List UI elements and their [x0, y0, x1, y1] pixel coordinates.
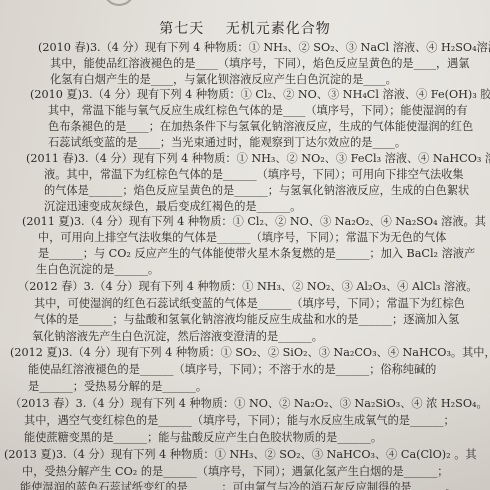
q5-line-3: 气体的是______；与盐酸和氢氧化钠溶液均能反应生成盐和水的是______；逐…	[34, 313, 459, 327]
q8-line-3: 能使湿润的蓝色石蕊试纸变红的是______；可由氯气与冷的消石灰反应制得的是__…	[20, 481, 456, 490]
title-topic: 无机元素化合物	[226, 21, 331, 37]
q4-line-1: (2011 夏)3.（4 分）现有下列 4 种物质：① Cl₂、② NO、③ N…	[22, 215, 486, 229]
q4-line-3: 是______；与 CO₂ 反应产生的气体能使带火星木条复燃的是______；加…	[38, 247, 475, 261]
q7-line-3: 能使蔗糖变黑的是______；能与盐酸反应产生白色胶状物质的是______。	[24, 431, 382, 445]
q6-line-1: (2012 夏)3.（4 分）现有下列 4 种物质：① SO₂、② SiO₂、③…	[10, 346, 490, 360]
q2-line-3: 色布条褪色的是____；在加热条件下与氢氧化钠溶液反应，生成的气体能使湿润的红色	[48, 120, 473, 134]
q8-line-2: 中，受热分解产生 CO₂ 的是______（填序号，下同）；遇氯化氢产生白烟的是…	[22, 465, 448, 479]
page-title: 第七天 无机元素化合物	[0, 18, 490, 38]
binder-ring-mark	[103, 0, 135, 6]
q7-line-1: （2013 春）3.（4 分）现有下列 4 种物质：① NO、② Na₂O₂、③…	[10, 397, 488, 411]
q6-line-2: 能使品红溶液褪色的是______（填序号，下同）；不溶于水的是______；俗称…	[28, 363, 436, 377]
q1-line-1: (2010 春)3.（4 分）现有下列 4 种物质：① NH₃、② SO₂、③ …	[38, 41, 490, 55]
q2-line-2: 其中，常温下能与氧气反应生成红棕色气体的是____（填序号，下同）；能使湿润的有	[48, 104, 468, 118]
q5-line-2: 其中，可使湿润的红色石蕊试纸变蓝的气体是______（填序号，下同）；常温下为红…	[34, 297, 465, 311]
q1-line-3: 化氢有白烟产生的是____，与氯化钡溶液反应产生白色沉淀的是____。	[50, 73, 397, 87]
q5-line-4: 氧化钠溶液先产生白色沉淀，然后溶液变澄清的是______。	[32, 330, 323, 344]
title-day: 第七天	[159, 21, 204, 37]
q4-line-2: 中，可用向上排空气法收集的气体是______（填序号，下同）；常温下为无色的气体	[38, 231, 446, 245]
q4-line-4: 生白色沉淀的是______。	[36, 263, 159, 277]
q7-line-2: 其中，遇空气变红棕色的是______（填序号，下同）；能与水反应生成氧气的是__…	[24, 414, 455, 428]
q6-line-3: 是______；受热易分解的是______。	[28, 380, 207, 394]
q3-line-4: 沉淀迅速变成灰绿色，最后变成红褐色的是______。	[44, 200, 301, 214]
q3-line-2: 液。其中，常温下为红棕色气体的是______（填序号，下同）；可用向下排空气法收…	[44, 168, 464, 182]
q3-line-1: (2011 春)3.（4 分）现有下列 4 种物质：① NH₃、② NO₂、③ …	[26, 152, 490, 166]
q2-line-4: 石蕊试纸变蓝的是____；当光束通过时，能观察到丁达尔效应的是____。	[48, 136, 406, 150]
q8-line-1: (2013 夏)3.（4 分）现有下列 4 种物质：① NH₃、② SO₂、③ …	[4, 448, 477, 462]
q3-line-3: 的气体是______；焰色反应呈黄色的是______；与氢氧化钠溶液反应，生成的…	[44, 184, 469, 198]
q5-line-1: （2012 春）3.（4 分）现有下列 4 种物质：① NH₃、② NO₂、③ …	[18, 280, 477, 294]
q2-line-1: (2010 夏)3.（4 分）现有下列 4 种物质：① Cl₂、② NO、③ N…	[30, 88, 490, 102]
q1-line-2: 其中，能使品红溶液褪色的是____（填序号，下同），焰色反应呈黄色的是____，…	[50, 57, 470, 71]
